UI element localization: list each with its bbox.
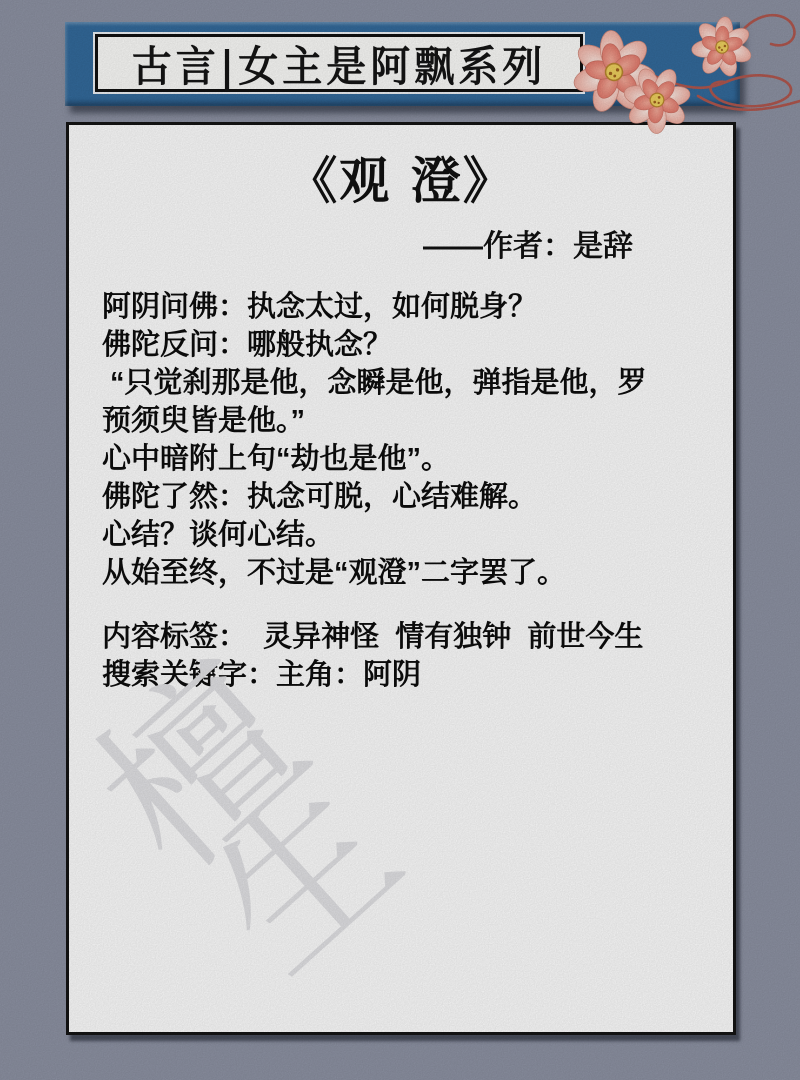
excerpt-line: 心中暗附上句“劫也是他”。 [102,440,713,478]
banner-title-plate: 古言|女主是阿飘系列 [95,34,583,92]
excerpt-line: 心结？谈何心结。 [102,516,713,554]
banner-title: 古言|女主是阿飘系列 [132,33,547,93]
excerpt-line: 预须臾皆是他。” [102,402,713,440]
book-card: 檀 生 《观 澄》 ——作者：是辞 阿阴问佛：执念太过，如何脱身？ 佛陀反问：哪… [66,122,736,1035]
excerpt-line: 从始至终，不过是“观澄”二字罢了。 [102,554,713,592]
poster-page: { "banner": { "title": "古言|女主是阿飘系列" }, "… [0,0,800,1080]
excerpt-line: “只觉刹那是他，念瞬是他，弹指是他，罗 [102,364,713,402]
book-title: 《观 澄》 [69,141,733,213]
excerpt-line: 阿阴问佛：执念太过，如何脱身？ [102,288,713,326]
flowers-vine-icon [558,8,800,143]
author-line: ——作者：是辞 [423,221,633,265]
excerpt-line: 佛陀了然：执念可脱，心结难解。 [102,478,713,516]
excerpt-line: 佛陀反问：哪般执念？ [102,326,713,364]
